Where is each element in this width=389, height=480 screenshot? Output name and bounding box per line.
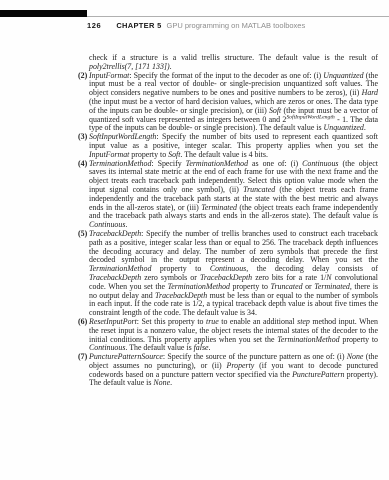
item-text: TerminationMethod: Specify TerminationMe… (89, 159, 378, 230)
book-page: 126 CHAPTER 5 GPU programming on MATLAB … (0, 0, 389, 480)
item-marker: (7) (78, 353, 87, 362)
chapter-title: GPU programming on MATLAB toolboxes (167, 21, 306, 30)
body-text: check if a structure is a valid trellis … (89, 54, 378, 388)
item-marker: (6) (78, 318, 87, 327)
item-text: InputFormat: Specify the format of the i… (89, 71, 378, 133)
list-item: (5) TracebackDepth: Specify the number o… (89, 230, 378, 318)
item-marker: (5) (78, 230, 87, 239)
item-text: ResetInputPort: Set this property to tru… (89, 317, 378, 352)
item-text: TracebackDepth: Specify the number of tr… (89, 229, 378, 317)
list-item: (4) TerminationMethod: Specify Terminati… (89, 160, 378, 230)
item-marker: (3) (78, 133, 87, 142)
running-header: 126 CHAPTER 5 GPU programming on MATLAB … (87, 21, 305, 30)
item-text: SoftInputWordLength: Specify the number … (89, 132, 378, 159)
property-list: (2) InputFormat: Specify the format of t… (89, 72, 378, 389)
list-item: (3) SoftInputWordLength: Specify the num… (89, 133, 378, 159)
item-text: PuncturePatternSource: Specify the sourc… (89, 352, 378, 387)
item-marker: (4) (78, 160, 87, 169)
chapter-label: CHAPTER 5 (116, 21, 161, 30)
continuation-paragraph: check if a structure is a valid trellis … (89, 54, 378, 72)
list-item: (7) PuncturePatternSource: Specify the s… (89, 353, 378, 388)
list-item: (6) ResetInputPort: Set this property to… (89, 318, 378, 353)
page-number: 126 (87, 21, 101, 30)
list-item: (2) InputFormat: Specify the format of t… (89, 72, 378, 134)
item-marker: (2) (78, 72, 87, 81)
chapter-tab-bar (0, 10, 87, 17)
